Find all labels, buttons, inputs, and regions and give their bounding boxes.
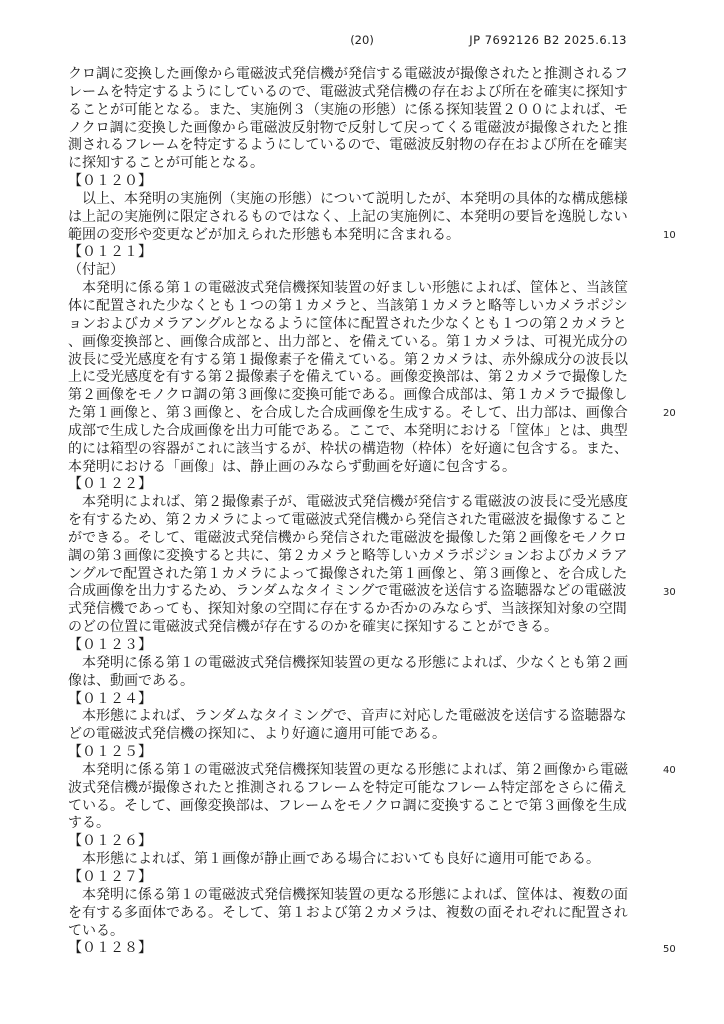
text-line: 成部で生成した合成画像を出力可能である。ここで、本発明における「筐体」とは、典型 [68,423,629,441]
text-line: 本発明に係る第１の電磁波式発信機探知装置の好ましい形態によれば、筐体と、当該筐 [68,280,629,298]
text-line: 【０１２２】 [68,476,629,494]
text-line: 式発信機であっても、探知対象の空間に存在するか否かのみならず、当該探知対象の空間 [68,601,629,619]
margin-line-number: 30 [663,587,683,599]
text-line: 像は、動画である。 [68,673,629,691]
text-line: ングルで配置された第１カメラによって撮像された第１画像と、第３画像と、を合成した [68,566,629,584]
page-number: (20) [350,33,374,47]
text-line: のどの位置に電磁波式発信機が存在するのかを確実に探知することができる。 [68,619,629,637]
text-line: 【０１２８】 [68,940,629,958]
margin-line-number: 20 [663,408,683,420]
text-line: 以上、本発明の実施例（実施の形態）について説明したが、本発明の具体的な構成態様 [68,191,629,209]
text-line: 【０１２７】 [68,869,629,887]
text-line: ノクロ調に変換した画像から電磁波反射物で反射して戻ってくる電磁波が撮像されたと推 [68,120,629,138]
text-line: 本形態によれば、第１画像が静止画である場合においても良好に適用可能である。 [68,851,629,869]
text-line: クロ調に変換した画像から電磁波式発信機が発信する電磁波が撮像されたと推測されるフ [68,66,629,84]
patent-page: (20) JP 7692126 B2 2025.6.13 クロ調に変換した画像か… [0,0,724,1024]
text-line: 範囲の変形や変更などが加えられた形態も本発明に含まれる。 [68,227,629,245]
text-line: 本発明によれば、第２撮像素子が、電磁波式発信機が発信する電磁波の波長に受光感度 [68,494,629,512]
text-line: に探知することが可能となる。 [68,155,629,173]
text-line: 調の第３画像に変換すると共に、第２カメラと略等しいカメラポジションおよびカメラア [68,548,629,566]
text-line: 【０１２６】 [68,833,629,851]
text-line: た第１画像と、第３画像と、を合成した合成画像を生成する。そして、出力部は、画像合 [68,405,629,423]
text-line: ョンおよびカメラアングルとなるように筐体に配置された少なくとも１つの第２カメラと [68,316,629,334]
text-line: 合成画像を出力するため、ランダムなタイミングで電磁波を送信する盗聴器などの電磁波 [68,583,629,601]
margin-line-number: 40 [663,765,683,777]
text-line: 本発明に係る第１の電磁波式発信機探知装置の更なる形態によれば、第２画像から電磁 [68,762,629,780]
text-line: を有するため、第２カメラによって電磁波式発信機から発信された電磁波を撮像すること [68,512,629,530]
text-line: を有する多面体である。そして、第１および第２カメラは、複数の面それぞれに配置され [68,905,629,923]
text-line: 【０１２４】 [68,691,629,709]
text-line: 本発明に係る第１の電磁波式発信機探知装置の更なる形態によれば、筐体は、複数の面 [68,887,629,905]
text-line: する。 [68,815,629,833]
text-line: 体に配置された少なくとも１つの第１カメラと、当該第１カメラと略等しいカメラポジシ [68,298,629,316]
text-line: ている。 [68,923,629,941]
text-line: 【０１２３】 [68,637,629,655]
text-line: （付記） [68,262,629,280]
text-line: どの電磁波式発信機の探知に、より好適に適用可能である。 [68,726,629,744]
text-line: 第２画像をモノクロ調の第３画像に変換可能である。画像合成部は、第１カメラで撮像し [68,387,629,405]
margin-line-number: 50 [663,944,683,956]
text-line: レームを特定するようにしているので、電磁波式発信機の存在および所在を確実に探知す [68,84,629,102]
text-line: 波式発信機が撮像されたと推測されるフレームを特定可能なフレーム特定部をさらに備え [68,780,629,798]
text-line: 波長に受光感度を有する第１撮像素子を備えている。第２カメラは、赤外線成分の波長以 [68,352,629,370]
margin-line-number: 10 [663,230,683,242]
text-line: ができる。そして、電磁波式発信機から発信された電磁波を撮像した第２画像をモノクロ [68,530,629,548]
text-line: 、画像変換部と、画像合成部と、出力部と、を備えている。第１カメラは、可視光成分の [68,334,629,352]
page-header: (20) JP 7692126 B2 2025.6.13 [0,33,724,49]
page-body: クロ調に変換した画像から電磁波式発信機が発信する電磁波が撮像されたと推測されるフ… [68,66,629,958]
publication-id: JP 7692126 B2 2025.6.13 [469,33,627,47]
text-line: ている。そして、画像変換部は、フレームをモノクロ調に変換することで第３画像を生成 [68,798,629,816]
text-line: 本発明における「画像」は、静止画のみならず動画を好適に包含する。 [68,459,629,477]
text-line: 【０１２１】 [68,244,629,262]
text-line: 測されるフレームを特定するようにしているので、電磁波反射物の存在および所在を確実 [68,137,629,155]
text-line: 本形態によれば、ランダムなタイミングで、音声に対応した電磁波を送信する盗聴器な [68,708,629,726]
text-line: 上に受光感度を有する第２撮像素子を備えている。画像変換部は、第２カメラで撮像した [68,369,629,387]
text-line: 本発明に係る第１の電磁波式発信機探知装置の更なる形態によれば、少なくとも第２画 [68,655,629,673]
text-line: 的には箱型の容器がこれに該当するが、枠状の構造物（枠体）を好適に包含する。また、 [68,441,629,459]
text-line: 【０１２５】 [68,744,629,762]
text-line: 【０１２０】 [68,173,629,191]
text-line: ることが可能となる。また、実施例３（実施の形態）に係る探知装置２００によれば、モ [68,102,629,120]
text-line: は上記の実施例に限定されるものではなく、上記の実施例に、本発明の要旨を逸脱しない [68,209,629,227]
